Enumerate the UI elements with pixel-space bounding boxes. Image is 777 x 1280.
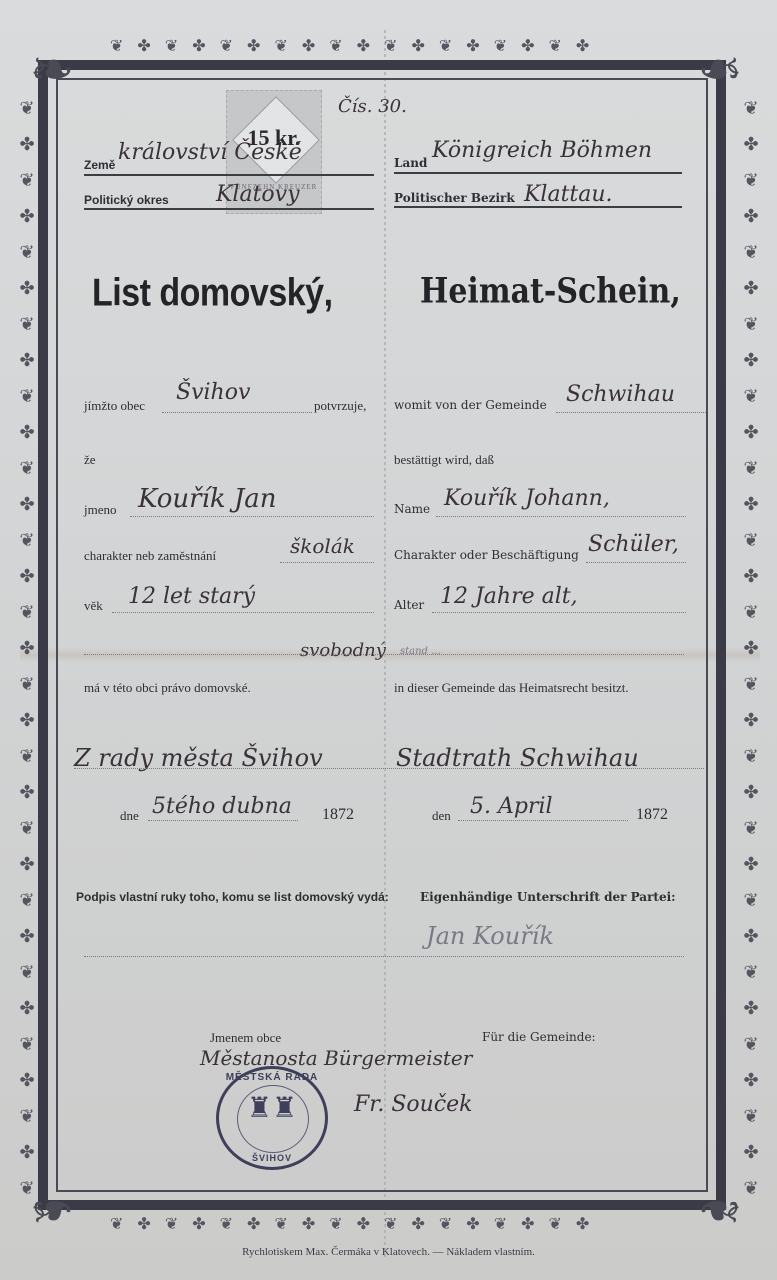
line1-suffix-cz: potvrzuje,: [314, 398, 366, 414]
name-label-cz: jmeno: [84, 502, 117, 518]
rule: [394, 206, 682, 208]
line1-prefix-de: womit von der Gemeinde: [394, 398, 547, 412]
date-label-cz: dne: [120, 808, 139, 824]
printer-imprint: Rychlotiskem Max. Čermáka v Klatovech. —…: [0, 1246, 777, 1258]
line2-cz: že: [84, 452, 96, 468]
left-border-ornament-icon: ❦✤❦✤❦✤❦✤❦✤❦✤❦✤❦✤❦✤❦✤❦✤❦✤❦✤❦✤❦✤❦: [16, 90, 38, 1200]
inner-border: [56, 78, 708, 1192]
dotted-rule: [586, 562, 686, 563]
dotted-rule: [432, 612, 686, 613]
holder-signature: Jan Kouřík: [426, 922, 554, 950]
rule: [84, 208, 374, 210]
dotted-rule: [84, 956, 684, 957]
closing-de: in dieser Gemeinde das Heimatsrecht besi…: [394, 680, 629, 696]
municipality-label-cz: Jmenem obce: [210, 1030, 281, 1046]
dotted-rule: [458, 820, 628, 821]
closing-cz: má v této obci právo domovské.: [84, 680, 251, 696]
age-label-cz: věk: [84, 598, 103, 614]
occupation-label-cz: charakter neb zaměstnání: [84, 548, 216, 564]
age-label-de: Alter: [394, 598, 424, 612]
line2-de: bestättigt wird, daß: [394, 452, 494, 468]
signature-label-cz: Podpis vlastní ruky toho, komu se list d…: [76, 890, 389, 904]
municipality-de: Schwihau: [566, 382, 675, 407]
corner-flourish-icon: ❧: [12, 30, 92, 110]
date-year-de: 1872: [636, 806, 668, 824]
dotted-rule: [74, 768, 704, 769]
corner-flourish-icon: ❧: [12, 1170, 92, 1250]
district-label-de: Politischer Bezirk: [394, 191, 515, 205]
corner-flourish-icon: ❧: [680, 30, 760, 110]
occupation-value-cz: školák: [290, 534, 355, 558]
municipality-label-de: Für die Gemeinde:: [482, 1030, 596, 1044]
name-label-de: Name: [394, 502, 430, 516]
dotted-rule: [148, 820, 298, 821]
name-value-de: Kouřík Johann,: [444, 486, 610, 511]
name-value-cz: Kouřík Jan: [138, 484, 277, 514]
castle-towers-icon: ♜♜: [219, 1091, 325, 1125]
signature-label-de: Eigenhändige Unterschrift der Partei:: [420, 890, 676, 904]
seal-bottom-text: ŠVIHOV: [219, 1153, 325, 1163]
country-label-cz: Země: [84, 158, 115, 172]
dotted-rule: [556, 412, 706, 413]
rule: [394, 172, 682, 174]
seal-top-text: MĚSTSKÁ RADA: [219, 1072, 325, 1083]
dotted-rule: [162, 412, 312, 413]
occupation-value-de: Schüler,: [588, 532, 679, 557]
occupation-label-de: Charakter oder Beschäftigung: [394, 548, 579, 562]
date-year-cz: 1872: [322, 806, 354, 824]
municipality-cz: Švihov: [176, 380, 250, 405]
top-border-ornament-icon: ❦✤❦✤❦✤❦✤❦✤❦✤❦✤❦✤❦✤: [110, 36, 670, 58]
title-de: Heimat-Schein,: [420, 271, 681, 311]
date-label-de: den: [432, 808, 451, 824]
document-number: Čís. 30.: [338, 96, 407, 117]
dotted-rule: [112, 612, 374, 613]
dotted-rule: [280, 562, 374, 563]
district-value-cz: Klatovy: [216, 182, 300, 207]
district-label-cz: Politický okres: [84, 193, 169, 207]
country-value-de: Königreich Böhmen: [432, 138, 652, 163]
rule: [84, 174, 374, 176]
corner-flourish-icon: ❧: [680, 1170, 760, 1250]
age-value-cz: 12 let starý: [128, 584, 255, 609]
date-value-cz: 5tého dubna: [152, 794, 292, 819]
city-council-seal: MĚSTSKÁ RADA ♜♜ ŠVIHOV: [216, 1066, 328, 1170]
date-value-de: 5. April: [470, 794, 553, 819]
district-value-de: Klattau.: [524, 182, 613, 207]
country-value-cz: království České: [118, 140, 302, 165]
dotted-rule: [130, 516, 374, 517]
status-value-cz: svobodný: [300, 640, 386, 661]
home-certificate-document: ❦✤❦✤❦✤❦✤❦✤❦✤❦✤❦✤❦✤❦✤❦✤❦✤❦✤❦✤❦✤❦ ❦✤❦✤❦✤❦✤…: [0, 0, 777, 1280]
country-label-de: Land: [394, 156, 427, 170]
line1-prefix-cz: jímžto obec: [84, 398, 145, 414]
title-cz: List domovský,: [92, 271, 333, 316]
mayor-title: Městanosta Bürgermeister: [200, 1046, 472, 1070]
dotted-rule: [84, 654, 684, 655]
mayor-signature: Fr. Souček: [354, 1092, 473, 1117]
dotted-rule: [436, 516, 686, 517]
status-value-de: stand ...: [400, 646, 441, 657]
right-border-ornament-icon: ❦✤❦✤❦✤❦✤❦✤❦✤❦✤❦✤❦✤❦✤❦✤❦✤❦✤❦✤❦✤❦: [740, 90, 762, 1200]
age-value-de: 12 Jahre alt,: [440, 584, 578, 609]
bottom-border-ornament-icon: ❦✤❦✤❦✤❦✤❦✤❦✤❦✤❦✤❦✤: [110, 1214, 670, 1236]
